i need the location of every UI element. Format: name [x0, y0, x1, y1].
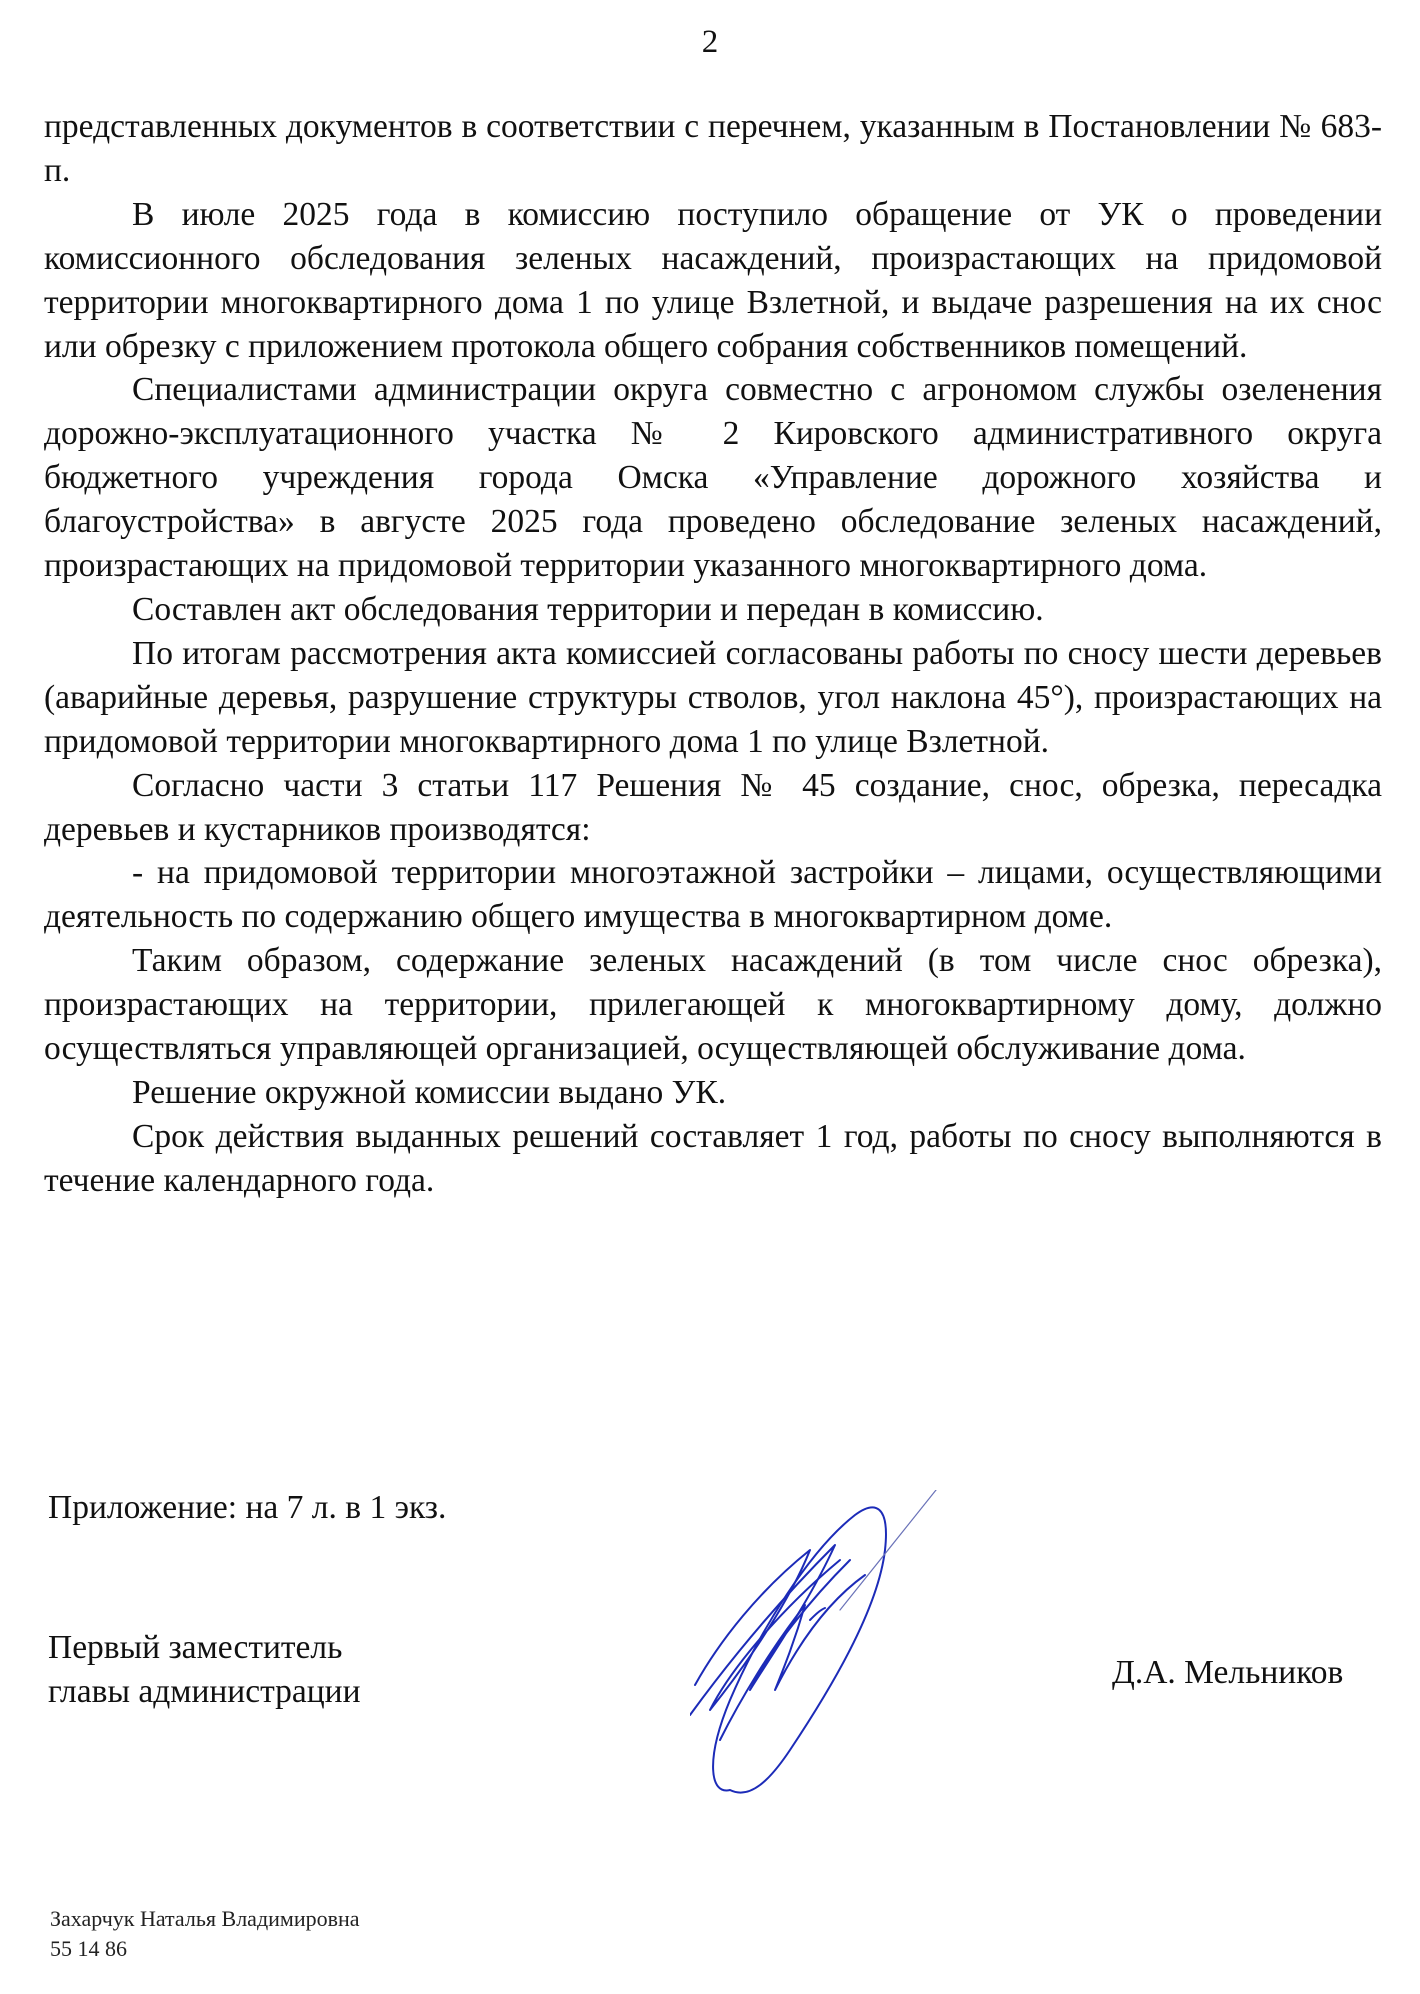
paragraph-act: Составлен акт обследования территории и …	[44, 588, 1382, 632]
paragraph-conclusion: Таким образом, содержание зеленых насажд…	[44, 939, 1382, 1071]
attachment-note: Приложение: на 7 л. в 1 экз.	[48, 1486, 446, 1530]
paragraph-decision-issued: Решение окружной комиссии выдано УК.	[44, 1071, 1382, 1115]
signatory-title-line1: Первый заместитель	[48, 1626, 361, 1670]
paragraph-documents-list: представленных документов в соответствии…	[44, 105, 1382, 193]
page-number: 2	[0, 22, 1420, 62]
signatory-name: Д.А. Мельников	[1112, 1651, 1343, 1695]
paragraph-validity: Срок действия выданных решений составляе…	[44, 1115, 1382, 1203]
paragraph-responsible-parties: - на придомовой территории многоэтажной …	[44, 851, 1382, 939]
paragraph-inspection: Специалистами администрации округа совме…	[44, 368, 1382, 588]
paragraph-july-request: В июле 2025 года в комиссию поступило об…	[44, 193, 1382, 369]
signatory-title: Первый заместитель главы администрации	[48, 1626, 361, 1714]
executor-phone: 55 14 86	[50, 1934, 360, 1964]
handwritten-signature-icon	[690, 1490, 1030, 1800]
executor-name: Захарчук Наталья Владимировна	[50, 1904, 360, 1934]
signatory-title-line2: главы администрации	[48, 1670, 361, 1714]
executor-info: Захарчук Наталья Владимировна 55 14 86	[50, 1904, 360, 1964]
paragraph-legal-basis: Согласно части 3 статьи 117 Решения № 45…	[44, 764, 1382, 852]
paragraph-approval: По итогам рассмотрения акта комиссией со…	[44, 632, 1382, 764]
letter-body: представленных документов в соответствии…	[44, 105, 1382, 1203]
